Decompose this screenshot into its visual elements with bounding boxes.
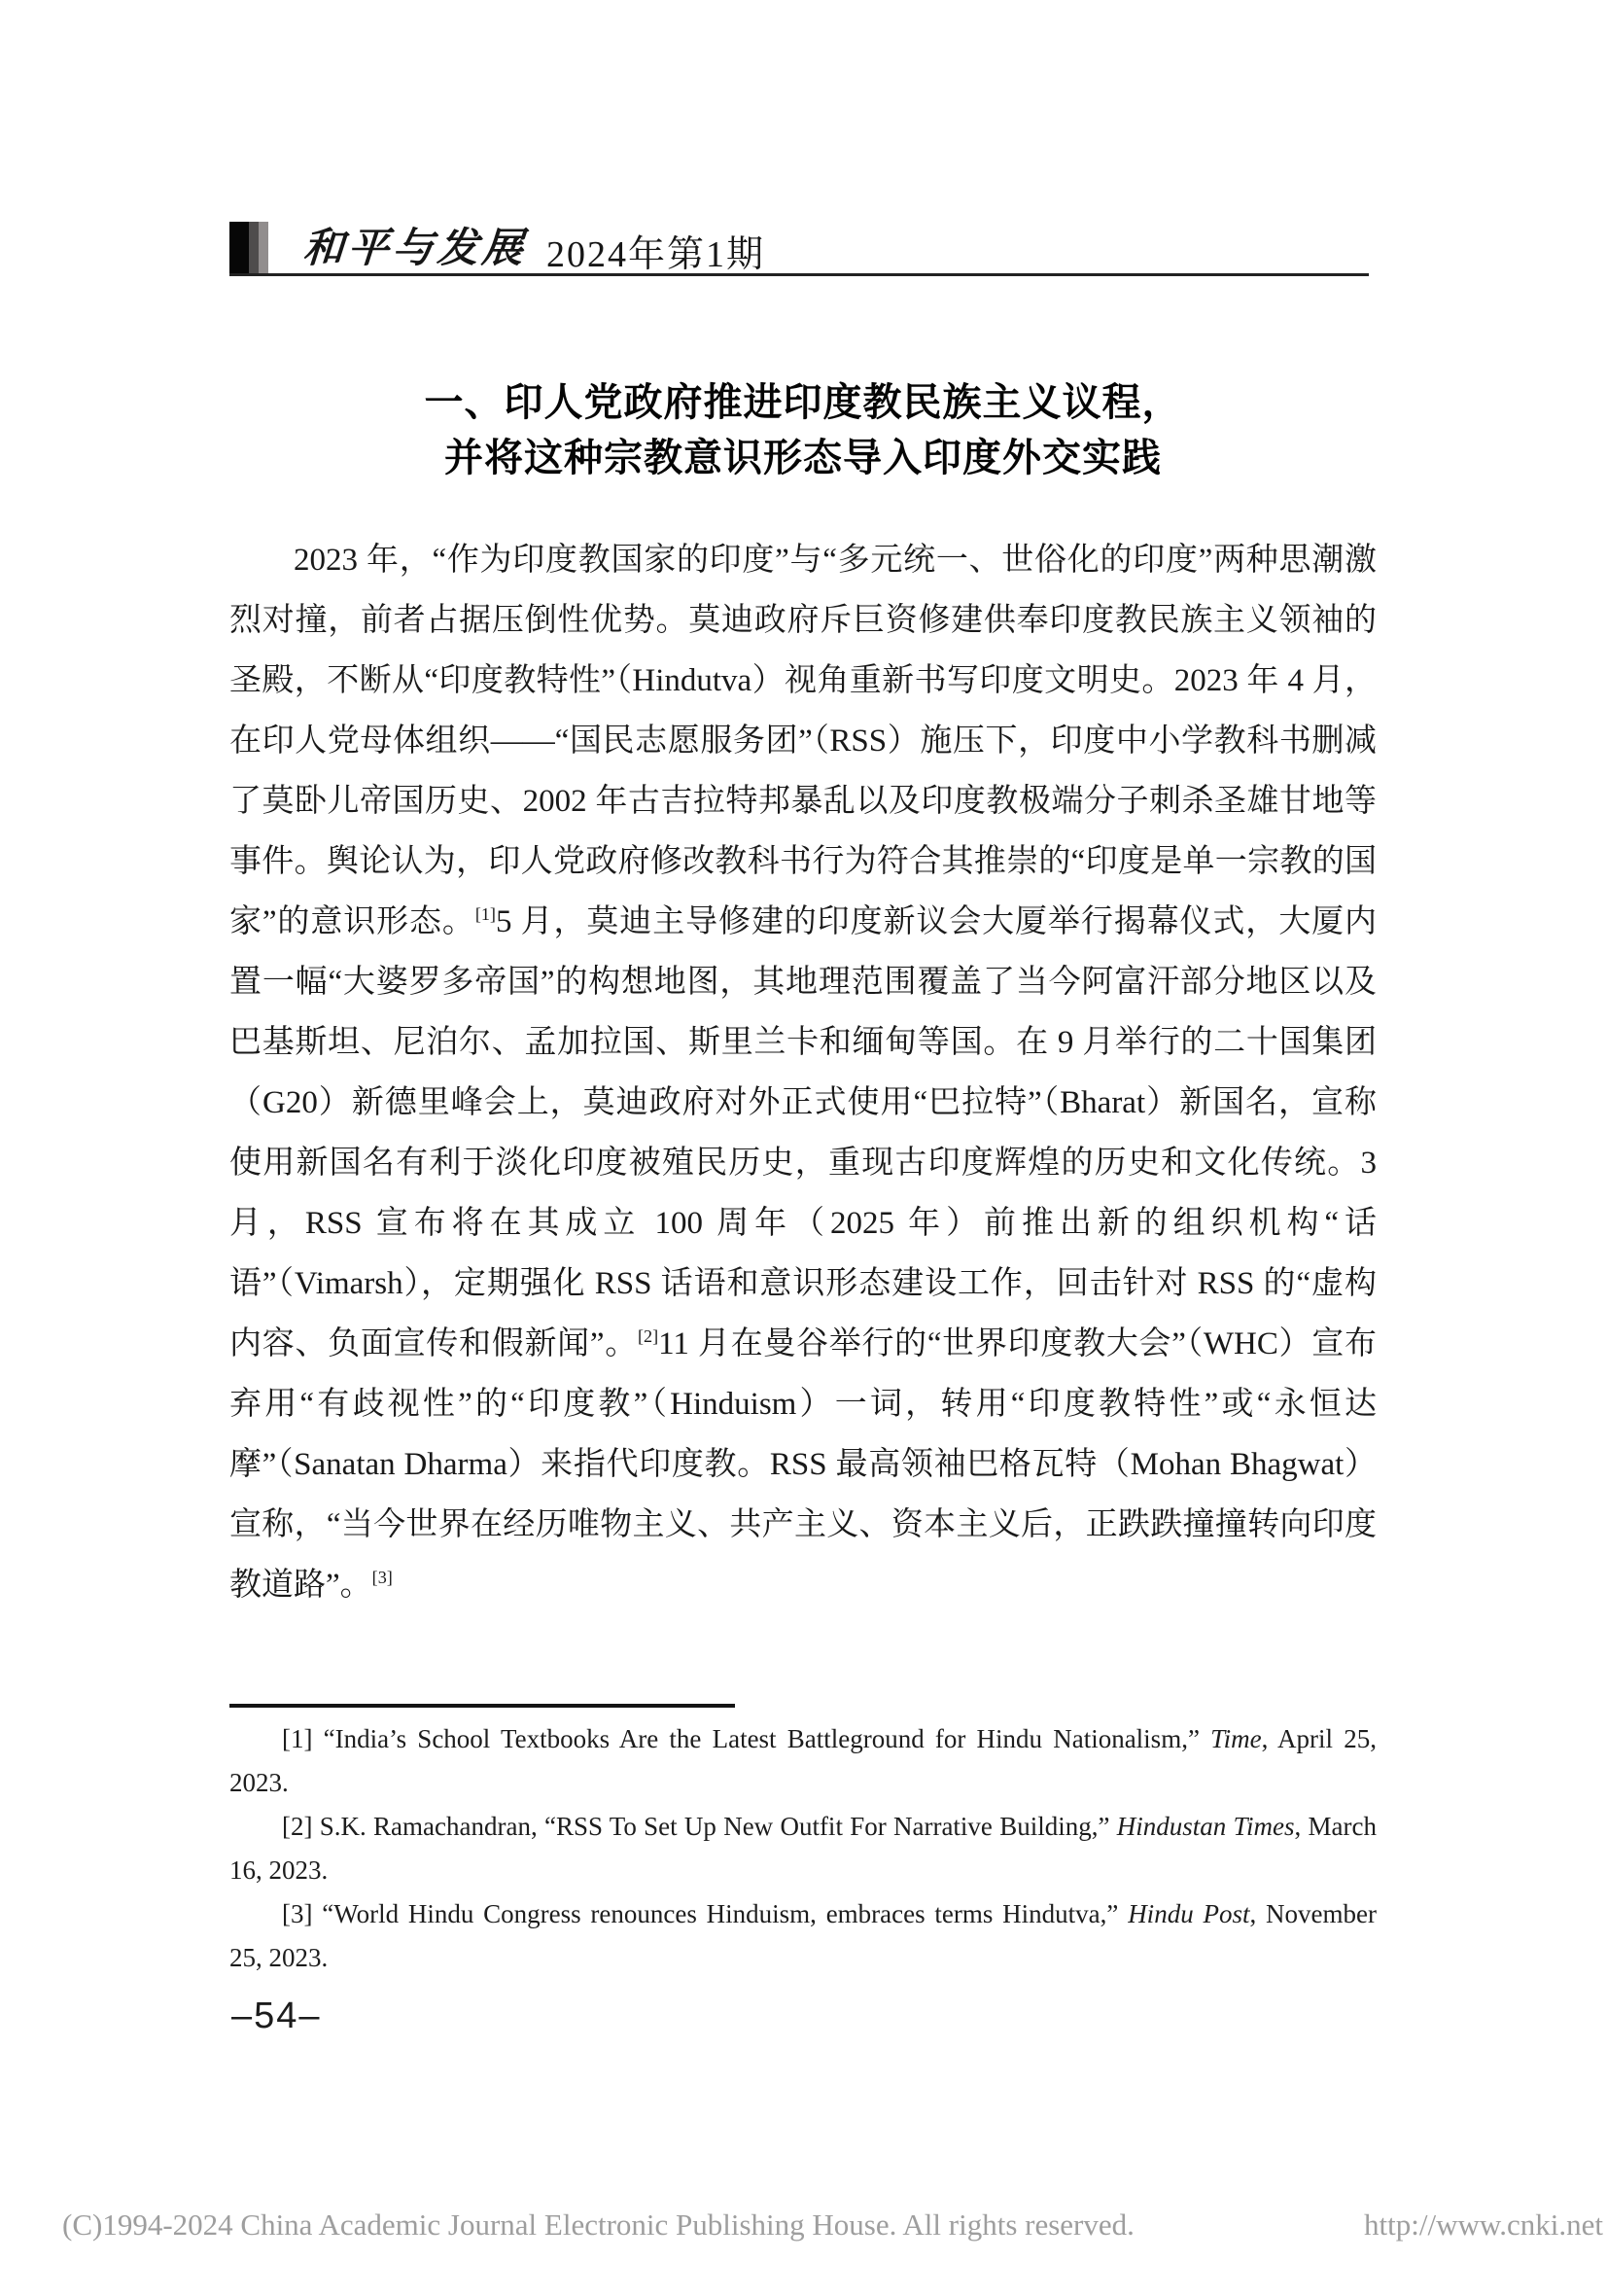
footnote-ref-1: [1] bbox=[475, 904, 496, 924]
header-light-gray-stripe bbox=[259, 222, 268, 275]
journal-page: 和平与发展 2024年第1期 一、印人党政府推进印度教民族主义议程， 并将这种宗… bbox=[0, 0, 1607, 2296]
header-dark-gray-stripe bbox=[249, 222, 259, 275]
journal-logotype: 和平与发展 bbox=[301, 216, 529, 274]
footnote-ref-3: [3] bbox=[372, 1568, 393, 1587]
footnote-1-source: Time bbox=[1210, 1724, 1262, 1753]
body-text-segment-2: 5 月，莫迪主导修建的印度新议会大厦举行揭幕仪式，大厦内置一幅“大婆罗多帝国”的… bbox=[229, 904, 1377, 1361]
journal-issue-label: 2024年第1期 bbox=[546, 224, 765, 277]
header-black-block bbox=[229, 222, 249, 275]
footnote-2: [2] S.K. Ramachandran, “RSS To Set Up Ne… bbox=[229, 1805, 1377, 1892]
section-heading-line2: 并将这种宗教意识形态导入印度外交实践 bbox=[229, 431, 1377, 486]
footnote-2-source: Hindustan Times bbox=[1117, 1812, 1295, 1841]
copyright-text: (C)1994-2024 China Academic Journal Elec… bbox=[62, 2208, 1135, 2243]
body-text-segment-1: 2023 年，“作为印度教国家的印度”与“多元统一、世俗化的印度”两种思潮激烈对… bbox=[229, 543, 1377, 939]
section-heading-line1: 一、印人党政府推进印度教民族主义议程， bbox=[229, 375, 1377, 431]
footnote-1-text: [1] “India’s School Textbooks Are the La… bbox=[282, 1724, 1210, 1753]
footnote-separator-rule bbox=[229, 1704, 735, 1708]
copyright-url: http://www.cnki.net bbox=[1364, 2208, 1603, 2243]
footnote-3-source: Hindu Post bbox=[1128, 1899, 1249, 1928]
footnote-ref-2: [2] bbox=[638, 1326, 658, 1346]
copyright-line: (C)1994-2024 China Academic Journal Elec… bbox=[62, 2208, 1603, 2243]
body-text-segment-3: 11 月在曼谷举行的“世界印度教大会”（WHC）宣布弃用“有歧视性”的“印度教”… bbox=[229, 1326, 1377, 1603]
body-paragraph: 2023 年，“作为印度教国家的印度”与“多元统一、世俗化的印度”两种思潮激烈对… bbox=[229, 530, 1377, 1615]
header-rule bbox=[229, 273, 1369, 276]
footnote-3-text: [3] “World Hindu Congress renounces Hind… bbox=[282, 1899, 1128, 1928]
footnote-1: [1] “India’s School Textbooks Are the La… bbox=[229, 1717, 1377, 1805]
section-heading: 一、印人党政府推进印度教民族主义议程， 并将这种宗教意识形态导入印度外交实践 bbox=[229, 375, 1377, 486]
page-number: –54– bbox=[231, 1996, 322, 2037]
footnotes-block: [1] “India’s School Textbooks Are the La… bbox=[229, 1717, 1377, 1980]
footnote-2-text: [2] S.K. Ramachandran, “RSS To Set Up Ne… bbox=[282, 1812, 1117, 1841]
footnote-3: [3] “World Hindu Congress renounces Hind… bbox=[229, 1892, 1377, 1980]
